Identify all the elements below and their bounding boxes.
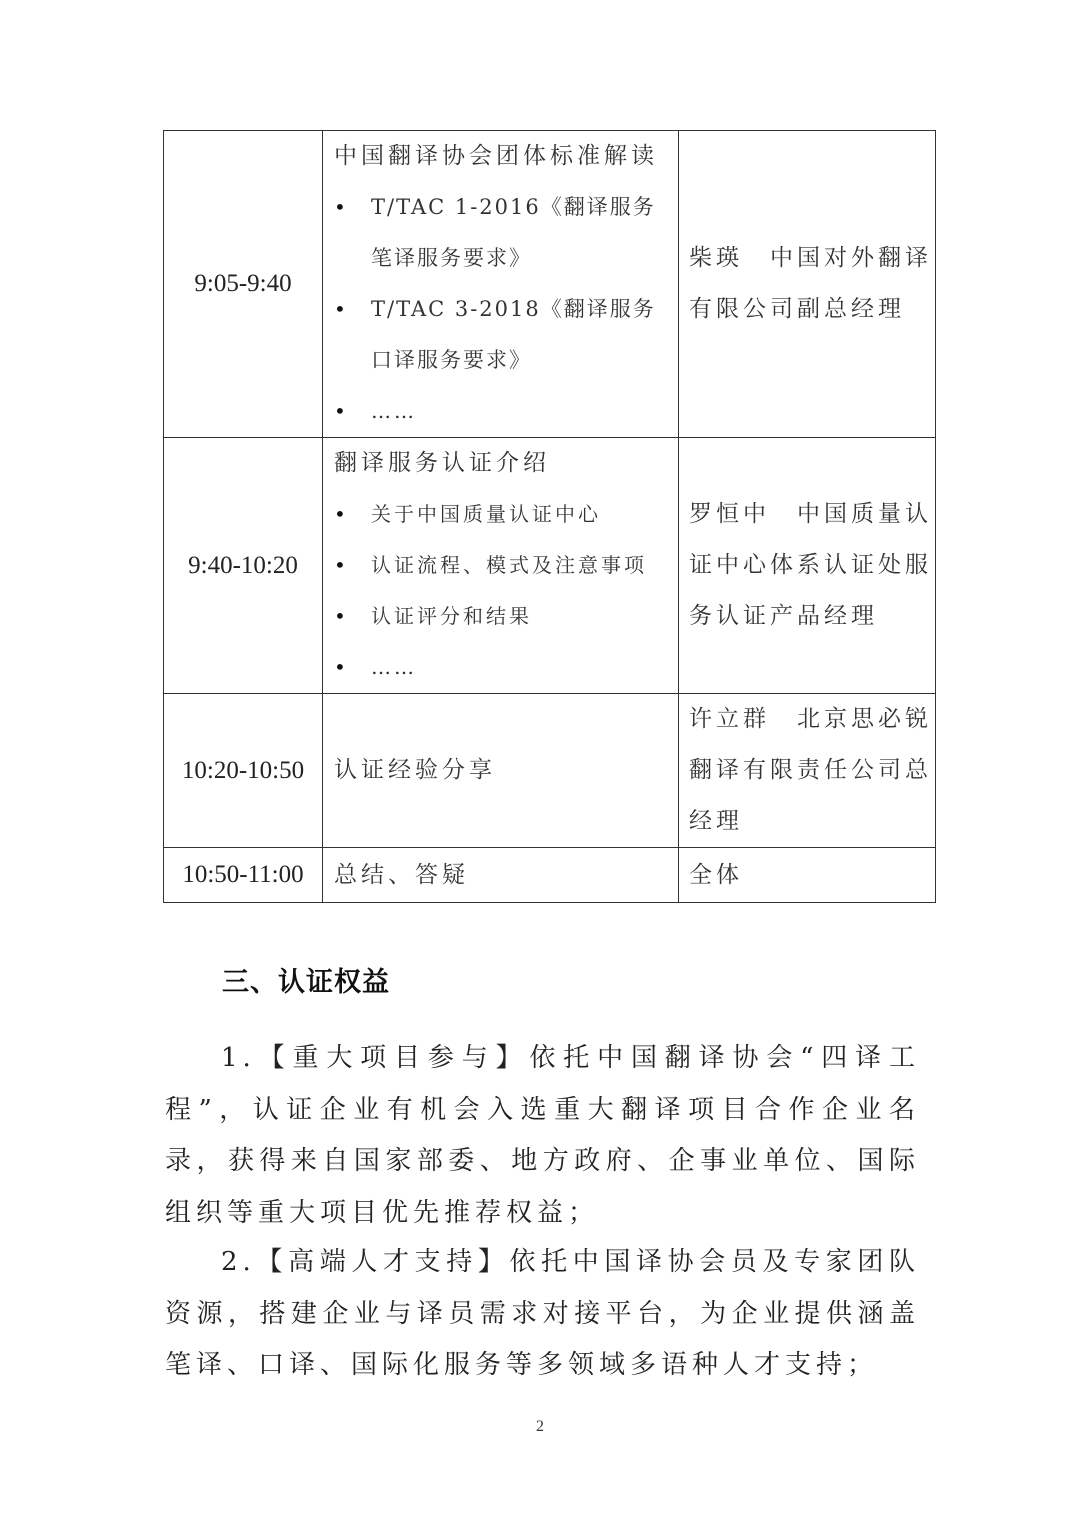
topic-title: 总结、答疑 bbox=[334, 850, 678, 901]
bullet-item: 认证流程、模式及注意事项 bbox=[334, 540, 678, 591]
speaker-cell: 全体 bbox=[679, 848, 936, 903]
topic-title: 中国翻译协会团体标准解读 bbox=[334, 131, 678, 182]
bullet-item: …… bbox=[334, 642, 678, 693]
table-row: 9:05-9:40 中国翻译协会团体标准解读 T/TAC 1-2016《翻译服务… bbox=[164, 131, 936, 438]
topic-cell: 中国翻译协会团体标准解读 T/TAC 1-2016《翻译服务 笔译服务要求》 T… bbox=[323, 131, 679, 438]
speaker-cell: 罗恒中 中国质量认证中心体系认证处服务认证产品经理 bbox=[679, 438, 936, 694]
benefit-paragraph-2: 2.【高端人才支持】依托中国译协会员及专家团队资源，搭建企业与译员需求对接平台，… bbox=[165, 1237, 920, 1392]
schedule-table: 9:05-9:40 中国翻译协会团体标准解读 T/TAC 1-2016《翻译服务… bbox=[163, 130, 936, 903]
table-row: 10:20-10:50 认证经验分享 许立群 北京思必锐翻译有限责任公司总经理 bbox=[164, 694, 936, 848]
bullet-item: 认证评分和结果 bbox=[334, 591, 678, 642]
speaker-cell: 许立群 北京思必锐翻译有限责任公司总经理 bbox=[679, 694, 936, 848]
section-heading: 三、认证权益 bbox=[222, 960, 390, 999]
speaker-cell: 柴瑛 中国对外翻译有限公司副总经理 bbox=[679, 131, 936, 438]
bullet-item: T/TAC 1-2016《翻译服务 笔译服务要求》 bbox=[334, 182, 678, 284]
bullet-item: …… bbox=[334, 386, 678, 437]
topic-cell: 总结、答疑 bbox=[323, 848, 679, 903]
topic-cell: 翻译服务认证介绍 关于中国质量认证中心 认证流程、模式及注意事项 认证评分和结果… bbox=[323, 438, 679, 694]
time-cell: 10:50-11:00 bbox=[164, 848, 323, 903]
topic-bullet-list: T/TAC 1-2016《翻译服务 笔译服务要求》 T/TAC 3-2018《翻… bbox=[334, 182, 678, 437]
time-cell: 9:40-10:20 bbox=[164, 438, 323, 694]
page-number: 2 bbox=[0, 1418, 1080, 1436]
topic-title: 翻译服务认证介绍 bbox=[334, 438, 678, 489]
document-page: 9:05-9:40 中国翻译协会团体标准解读 T/TAC 1-2016《翻译服务… bbox=[0, 0, 1080, 1528]
topic-bullet-list: 关于中国质量认证中心 认证流程、模式及注意事项 认证评分和结果 …… bbox=[334, 489, 678, 693]
bullet-item: T/TAC 3-2018《翻译服务 口译服务要求》 bbox=[334, 284, 678, 386]
table-row: 10:50-11:00 总结、答疑 全体 bbox=[164, 848, 936, 903]
time-cell: 10:20-10:50 bbox=[164, 694, 323, 848]
table-row: 9:40-10:20 翻译服务认证介绍 关于中国质量认证中心 认证流程、模式及注… bbox=[164, 438, 936, 694]
time-cell: 9:05-9:40 bbox=[164, 131, 323, 438]
topic-title: 认证经验分享 bbox=[334, 745, 678, 796]
topic-cell: 认证经验分享 bbox=[323, 694, 679, 848]
bullet-item: 关于中国质量认证中心 bbox=[334, 489, 678, 540]
benefit-paragraph-1: 1.【重大项目参与】依托中国翻译协会“四译工程”，认证企业有机会入选重大翻译项目… bbox=[165, 1033, 920, 1239]
